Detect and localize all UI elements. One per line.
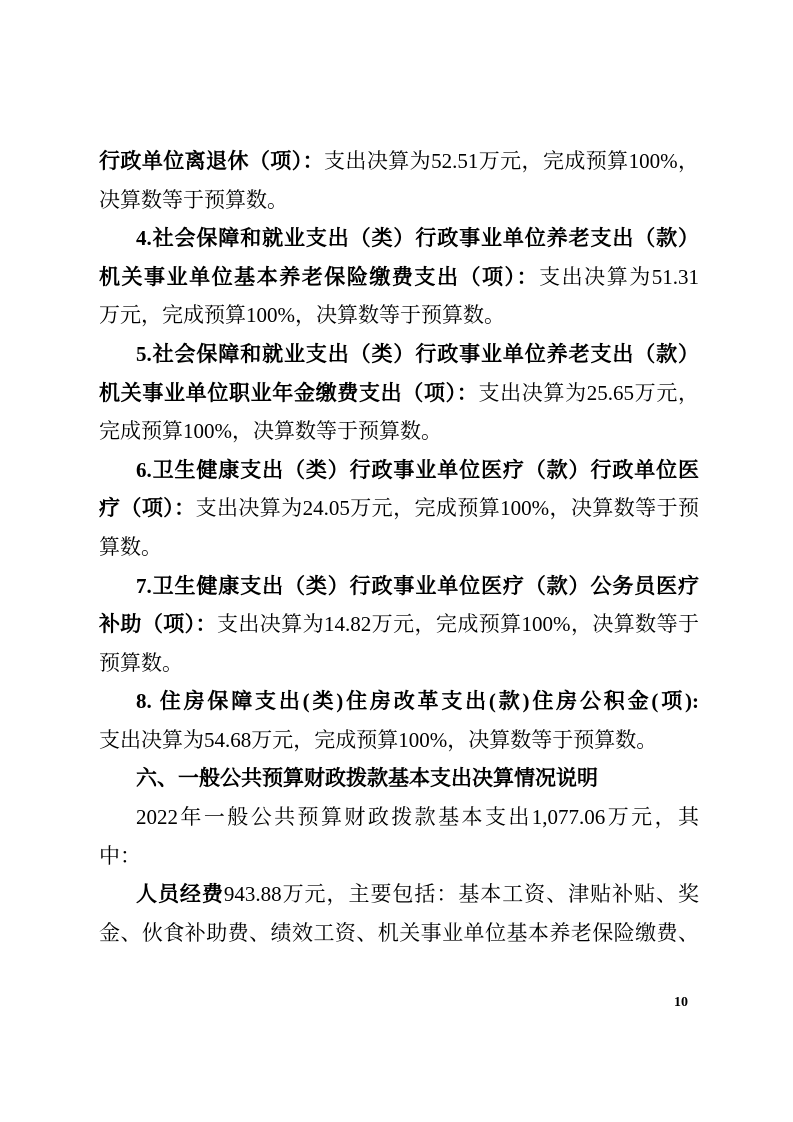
paragraph-text: 支出决算为54.68万元，完成预算100%，决算数等于预算数。 [99, 728, 657, 752]
paragraph-text: 决算数等于预算数。 [99, 188, 288, 212]
text-line: 支出决算为54.68万元，完成预算100%，决算数等于预算数。 [99, 721, 699, 760]
text-line: 5.社会保障和就业支出（类）行政事业单位养老支出（款） [99, 335, 699, 374]
paragraph-lead: 8. 住房保障支出(类)住房改革支出(款)住房公积金(项): [136, 689, 699, 713]
text-line: 疗（项）：支出决算为24.05万元，完成预算100%，决算数等于预 [99, 489, 699, 528]
paragraph-lead: 补助（项）： [99, 612, 217, 636]
paragraph-text: 中： [99, 844, 141, 868]
text-line: 决算数等于预算数。 [99, 181, 699, 220]
paragraph-lead: 行政单位离退休（项）： [99, 149, 324, 173]
text-line: 机关事业单位基本养老保险缴费支出（项）：支出决算为51.31 [99, 258, 699, 297]
page-content: 行政单位离退休（项）：支出决算为52.51万元，完成预算100%， 决算数等于预… [99, 142, 699, 952]
paragraph-lead: 人员经费 [136, 882, 224, 906]
paragraph-text: 支出决算为25.65万元， [478, 381, 699, 405]
text-line: 4.社会保障和就业支出（类）行政事业单位养老支出（款） [99, 219, 699, 258]
paragraph-lead: 4.社会保障和就业支出（类）行政事业单位养老支出（款） [136, 226, 699, 250]
paragraph-lead: 机关事业单位基本养老保险缴费支出（项）： [99, 265, 539, 289]
text-line: 完成预算100%，决算数等于预算数。 [99, 412, 699, 451]
text-line: 7.卫生健康支出（类）行政事业单位医疗（款）公务员医疗 [99, 567, 699, 606]
paragraph-lead: 7.卫生健康支出（类）行政事业单位医疗（款）公务员医疗 [136, 574, 699, 598]
paragraph-text: 预算数。 [99, 651, 183, 675]
text-line: 人员经费943.88万元，主要包括：基本工资、津贴补贴、奖 [99, 875, 699, 914]
text-line: 万元，完成预算100%，决算数等于预算数。 [99, 296, 699, 335]
text-line: 中： [99, 837, 699, 876]
document-page: 行政单位离退休（项）：支出决算为52.51万元，完成预算100%， 决算数等于预… [0, 0, 793, 1122]
paragraph-lead: 机关事业单位职业年金缴费支出（项）： [99, 381, 478, 405]
text-line: 预算数。 [99, 644, 699, 683]
paragraph-text: 金、伙食补助费、绩效工资、机关事业单位基本养老保险缴费、 [99, 921, 699, 945]
page-number: 10 [674, 994, 688, 1012]
text-line: 2022年一般公共预算财政拨款基本支出1,077.06万元，其 [99, 798, 699, 837]
text-line: 算数。 [99, 528, 699, 567]
text-line: 6.卫生健康支出（类）行政事业单位医疗（款）行政单位医 [99, 451, 699, 490]
paragraph-lead: 6.卫生健康支出（类）行政事业单位医疗（款）行政单位医 [136, 458, 699, 482]
text-line: 补助（项）：支出决算为14.82万元，完成预算100%，决算数等于 [99, 605, 699, 644]
text-line: 行政单位离退休（项）：支出决算为52.51万元，完成预算100%， [99, 142, 699, 181]
paragraph-text: 支出决算为14.82万元，完成预算100%，决算数等于 [217, 612, 699, 636]
paragraph-lead: 疗（项）： [99, 496, 196, 520]
paragraph-text: 万元，完成预算100%，决算数等于预算数。 [99, 303, 505, 327]
paragraph-text: 支出决算为51.31 [539, 265, 699, 289]
text-line: 金、伙食补助费、绩效工资、机关事业单位基本养老保险缴费、 [99, 914, 699, 953]
section-heading: 六、一般公共预算财政拨款基本支出决算情况说明 [99, 760, 699, 799]
paragraph-text: 943.88万元，主要包括：基本工资、津贴补贴、奖 [224, 882, 699, 906]
paragraph-text: 算数。 [99, 535, 162, 559]
text-line: 机关事业单位职业年金缴费支出（项）：支出决算为25.65万元， [99, 374, 699, 413]
paragraph-text: 2022年一般公共预算财政拨款基本支出1,077.06万元，其 [136, 805, 699, 829]
section-heading-text: 六、一般公共预算财政拨款基本支出决算情况说明 [136, 767, 598, 790]
paragraph-lead: 5.社会保障和就业支出（类）行政事业单位养老支出（款） [136, 342, 699, 366]
paragraph-text: 支出决算为24.05万元，完成预算100%，决算数等于预 [196, 496, 699, 520]
text-line: 8. 住房保障支出(类)住房改革支出(款)住房公积金(项): [99, 682, 699, 721]
paragraph-text: 完成预算100%，决算数等于预算数。 [99, 419, 442, 443]
paragraph-text: 支出决算为52.51万元，完成预算100%， [324, 149, 699, 173]
